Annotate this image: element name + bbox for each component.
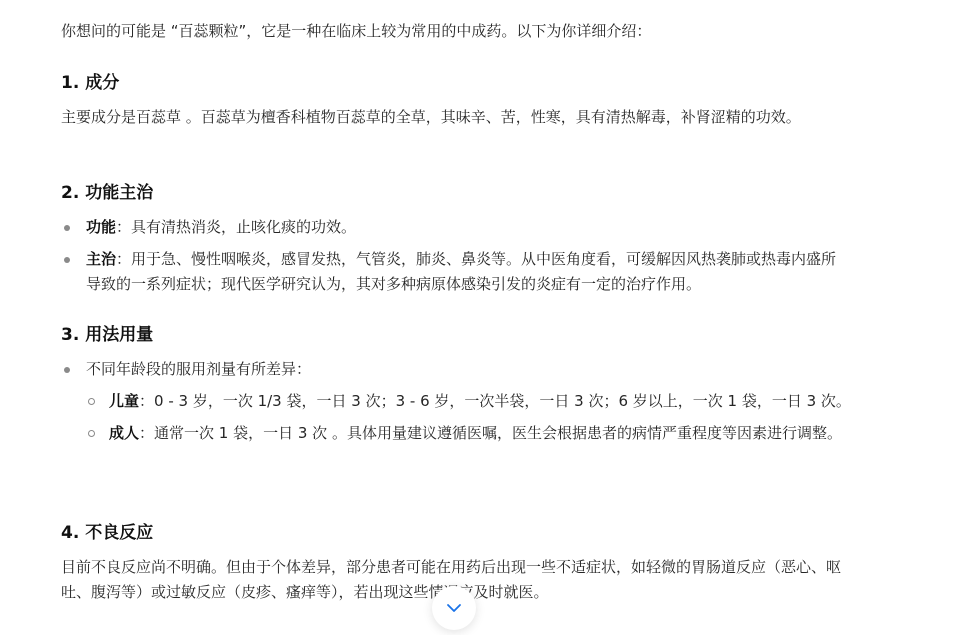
list-item: 功能：具有清热消炎，止咳化痰的功效。 (61, 215, 851, 240)
section-dosage: 不同年龄段的服用剂量有所差异： 儿童：0 - 3 岁，一次 1/3 袋，一日 3… (61, 357, 851, 446)
item-key: 功能 (86, 218, 116, 236)
item-text: ：通常一次 1 袋，一日 3 次 。具体用量建议遵循医嘱，医生会根据患者的病情严… (139, 424, 842, 442)
bullet-circle-icon (88, 430, 95, 437)
ingredients-text: 主要成分是百蕊草 。百蕊草为檀香科植物百蕊草的全草，其味辛、苦，性寒，具有清热解… (61, 105, 851, 130)
list-item: 主治：用于急、慢性咽喉炎，感冒发热，气管炎，肺炎、鼻炎等。从中医角度看，可缓解因… (61, 247, 851, 297)
dosage-sublist: 儿童：0 - 3 岁，一次 1/3 袋，一日 3 次；3 - 6 岁，一次半袋，… (61, 389, 851, 446)
bullet-dot-icon (64, 257, 70, 263)
section-heading-ingredients: 1. 成分 (61, 71, 119, 95)
bullet-dot-icon (64, 367, 70, 373)
section-indications: 功能：具有清热消炎，止咳化痰的功效。 主治：用于急、慢性咽喉炎，感冒发热，气管炎… (61, 215, 851, 297)
dosage-list: 不同年龄段的服用剂量有所差异： (61, 357, 851, 382)
section-heading-adverse-reactions: 4. 不良反应 (61, 521, 153, 545)
list-item: 成人：通常一次 1 袋，一日 3 次 。具体用量建议遵循医嘱，医生会根据患者的病… (61, 421, 851, 446)
item-text: 不同年龄段的服用剂量有所差异： (86, 360, 311, 378)
item-text: ：具有清热消炎，止咳化痰的功效。 (116, 218, 356, 236)
bullet-circle-icon (88, 398, 95, 405)
list-item: 儿童：0 - 3 岁，一次 1/3 袋，一日 3 次；3 - 6 岁，一次半袋，… (61, 389, 851, 414)
item-key: 儿童 (109, 392, 139, 410)
list-item: 不同年龄段的服用剂量有所差异： (61, 357, 851, 382)
intro-text: 你想问的可能是 “百蕊颗粒”，它是一种在临床上较为常用的中成药。以下为你详细介绍… (61, 19, 651, 44)
section-ingredients: 主要成分是百蕊草 。百蕊草为檀香科植物百蕊草的全草，其味辛、苦，性寒，具有清热解… (61, 105, 851, 130)
section-heading-indications: 2. 功能主治 (61, 181, 153, 205)
item-text: ：用于急、慢性咽喉炎，感冒发热，气管炎，肺炎、鼻炎等。从中医角度看，可缓解因风热… (86, 250, 836, 293)
item-key: 成人 (109, 424, 139, 442)
item-key: 主治 (86, 250, 116, 268)
chevron-down-icon (446, 603, 462, 613)
indications-list: 功能：具有清热消炎，止咳化痰的功效。 主治：用于急、慢性咽喉炎，感冒发热，气管炎… (61, 215, 851, 297)
bullet-dot-icon (64, 225, 70, 231)
scroll-to-bottom-button[interactable] (432, 586, 476, 630)
item-text: ：0 - 3 岁，一次 1/3 袋，一日 3 次；3 - 6 岁，一次半袋，一日… (139, 392, 851, 410)
section-heading-dosage: 3. 用法用量 (61, 323, 153, 347)
